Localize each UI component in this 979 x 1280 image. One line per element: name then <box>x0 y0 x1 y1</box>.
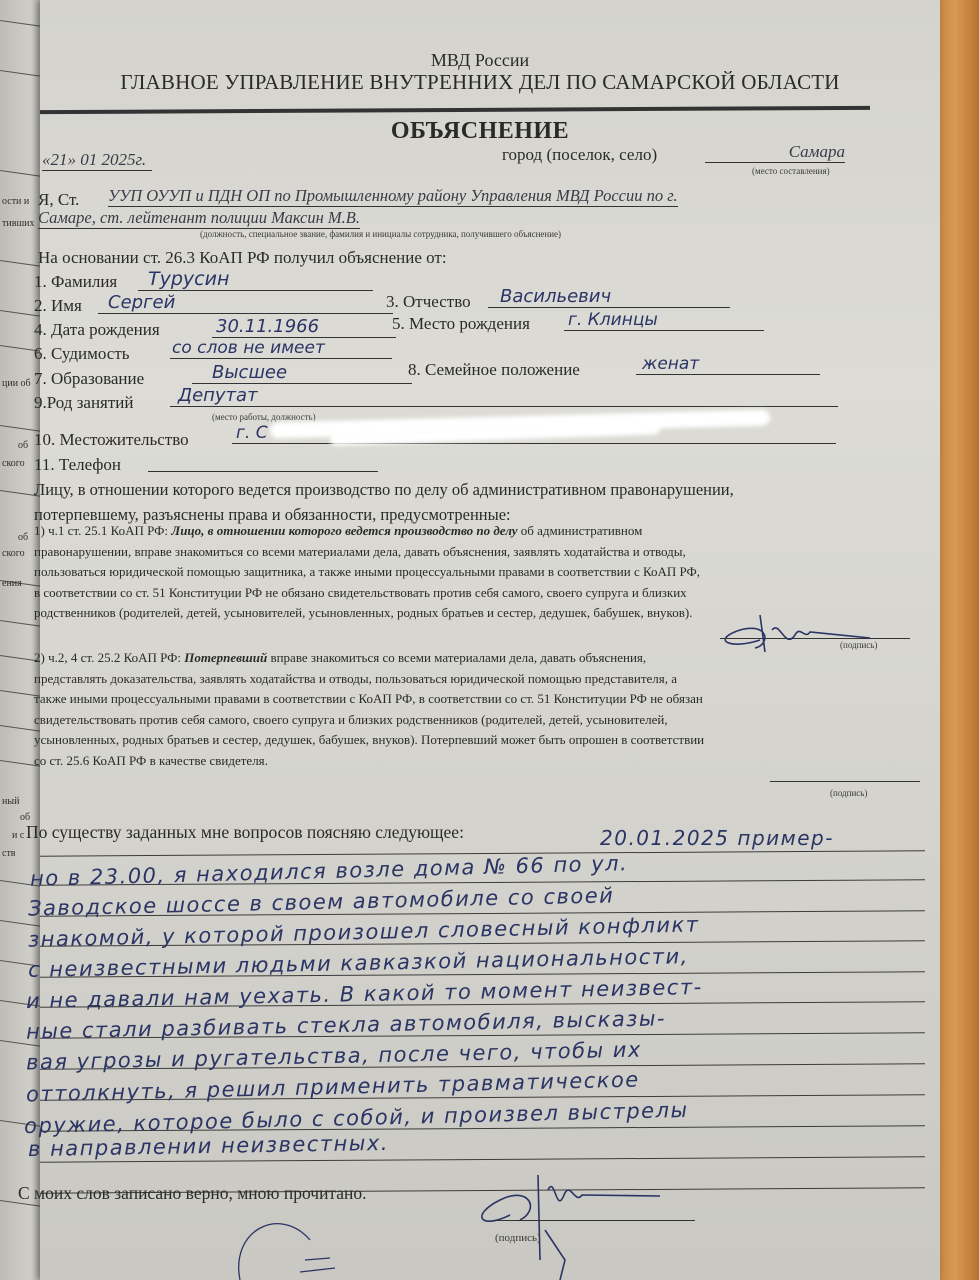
margin-fragment: ского <box>2 458 25 469</box>
name-label: 2. Имя <box>34 296 82 316</box>
signature-2 <box>460 1170 700 1280</box>
officer-line-2: Самаре, ст. лейтенант полиции Максин М.В… <box>38 208 360 229</box>
marital-status-label: 8. Семейное положение <box>408 360 580 380</box>
ministry-name: МВД России <box>40 50 920 71</box>
statement-line[interactable]: 20.01.2025 пример- <box>600 826 834 850</box>
p2-line: усыновленных, родных братьев и сестер, д… <box>34 730 704 751</box>
margin-fragment: об <box>18 440 28 451</box>
margin-fragment: ств <box>2 848 16 859</box>
margin-fragment: ского <box>2 548 25 559</box>
patronymic-label: 3. Отчество <box>386 292 471 312</box>
p2-ref: 2) ч.2, 4 ст. 25.2 КоАП РФ: <box>34 650 184 665</box>
rights-paragraph-2: 2) ч.2, 4 ст. 25.2 КоАП РФ: Потерпевший … <box>34 648 704 771</box>
occupation-caption: (место работы, должность) <box>212 412 316 422</box>
statement-line[interactable]: в направлении неизвестных. <box>28 1131 389 1161</box>
signature-line-2 <box>770 781 920 782</box>
document-date: «21» 01 2025г. <box>42 150 152 171</box>
marital-status-field[interactable]: женат <box>636 354 820 375</box>
p1-emphasis: Лицо, в отношении которого ведется произ… <box>171 523 517 538</box>
department-name: ГЛАВНОЕ УПРАВЛЕНИЕ ВНУТРЕННИХ ДЕЛ ПО САМ… <box>40 70 920 95</box>
stray-pen-mark <box>220 1210 380 1280</box>
criminal-record-field[interactable]: со слов не имеет <box>170 338 392 359</box>
margin-fragment: ный <box>2 796 19 807</box>
signature-1 <box>700 610 880 660</box>
header-divider <box>40 106 870 114</box>
surname-label: 1. Фамилия <box>34 272 117 292</box>
officer-line-1: УУП ОУУП и ПДН ОП по Промышленному район… <box>108 186 678 207</box>
p2-line: свидетельствовать против себя самого, св… <box>34 710 704 731</box>
desk-surface <box>939 0 979 1280</box>
statement-line[interactable]: Заводское шоссе в своем автомобиле со св… <box>28 883 615 920</box>
signature-line-3 <box>495 1220 695 1221</box>
officer-caption: (должность, специальное звание, фамилия … <box>200 229 561 239</box>
p1-tail: об административном <box>518 523 643 538</box>
phone-field[interactable] <box>148 455 378 472</box>
criminal-record-label: 6. Судимость <box>34 344 130 364</box>
statement-line[interactable]: с неизвестными людьми кавказкой национал… <box>28 944 689 982</box>
margin-fragment: ения <box>2 578 22 589</box>
margin-fragment: ции об <box>2 378 31 389</box>
occupation-field[interactable]: Депутат <box>170 385 838 407</box>
officer-prefix: Я, Ст. <box>38 190 79 210</box>
dob-field[interactable]: 30.11.1966 <box>212 316 396 338</box>
education-label: 7. Образование <box>34 369 144 389</box>
p1-line: пользоваться юридической помощью защитни… <box>34 562 700 583</box>
p1-line: родственников (родителей, детей, усынови… <box>34 603 700 624</box>
birthplace-label: 5. Место рождения <box>392 314 530 334</box>
p1-line: правонарушении, вправе знакомиться со вс… <box>34 542 700 563</box>
p2-line: также иными процессуальными правами в со… <box>34 689 704 710</box>
statement-heading: По существу заданных мне вопросов поясня… <box>26 822 464 843</box>
margin-fragment: тивших <box>2 218 35 229</box>
document-title: ОБЪЯСНЕНИЕ <box>40 118 920 145</box>
p2-emphasis: Потерпевший <box>184 650 267 665</box>
phone-label: 11. Телефон <box>34 455 121 475</box>
margin-fragment: об <box>18 532 28 543</box>
surname-field[interactable]: Турусин <box>138 268 373 291</box>
explanation-form: МВД России ГЛАВНОЕ УПРАВЛЕНИЕ ВНУТРЕННИХ… <box>40 0 940 1280</box>
basis-text: На основании ст. 26.3 КоАП РФ получил об… <box>38 248 447 268</box>
margin-fragment: и с <box>12 830 24 841</box>
rights-paragraph-1: 1) ч.1 ст. 25.1 КоАП РФ: Лицо, в отношен… <box>34 521 700 624</box>
occupation-label: 9.Род занятий <box>34 393 134 413</box>
p2-tail: вправе знакомиться со всеми материалами … <box>267 650 646 665</box>
margin-fragment: ости и <box>2 196 29 207</box>
birthplace-field[interactable]: г. Клинцы <box>564 310 764 331</box>
p1-line: в соответствии со ст. 51 Конституции РФ … <box>34 583 700 604</box>
patronymic-field[interactable]: Васильевич <box>488 286 730 308</box>
signature-caption-3: (подпись) <box>495 1232 541 1244</box>
signature-caption-2: (подпись) <box>830 788 867 798</box>
dob-label: 4. Дата рождения <box>34 320 160 340</box>
p2-line: со ст. 25.6 КоАП РФ в качестве свидетеля… <box>34 751 704 772</box>
education-field[interactable]: Высшее <box>192 362 412 384</box>
p1-ref: 1) ч.1 ст. 25.1 КоАП РФ: <box>34 523 171 538</box>
city-label: город (поселок, село) <box>502 145 657 165</box>
rights-intro-line-1: Лицу, в отношении которого ведется произ… <box>34 480 734 500</box>
closing-statement: С моих слов записано верно, мною прочита… <box>18 1183 367 1204</box>
residence-label: 10. Местожительство <box>34 430 189 450</box>
city-caption: (место составления) <box>752 166 830 176</box>
p2-line: представлять доказательства, заявлять хо… <box>34 669 704 690</box>
name-field[interactable]: Сергей <box>98 292 393 314</box>
city-value: Самара <box>705 142 845 163</box>
